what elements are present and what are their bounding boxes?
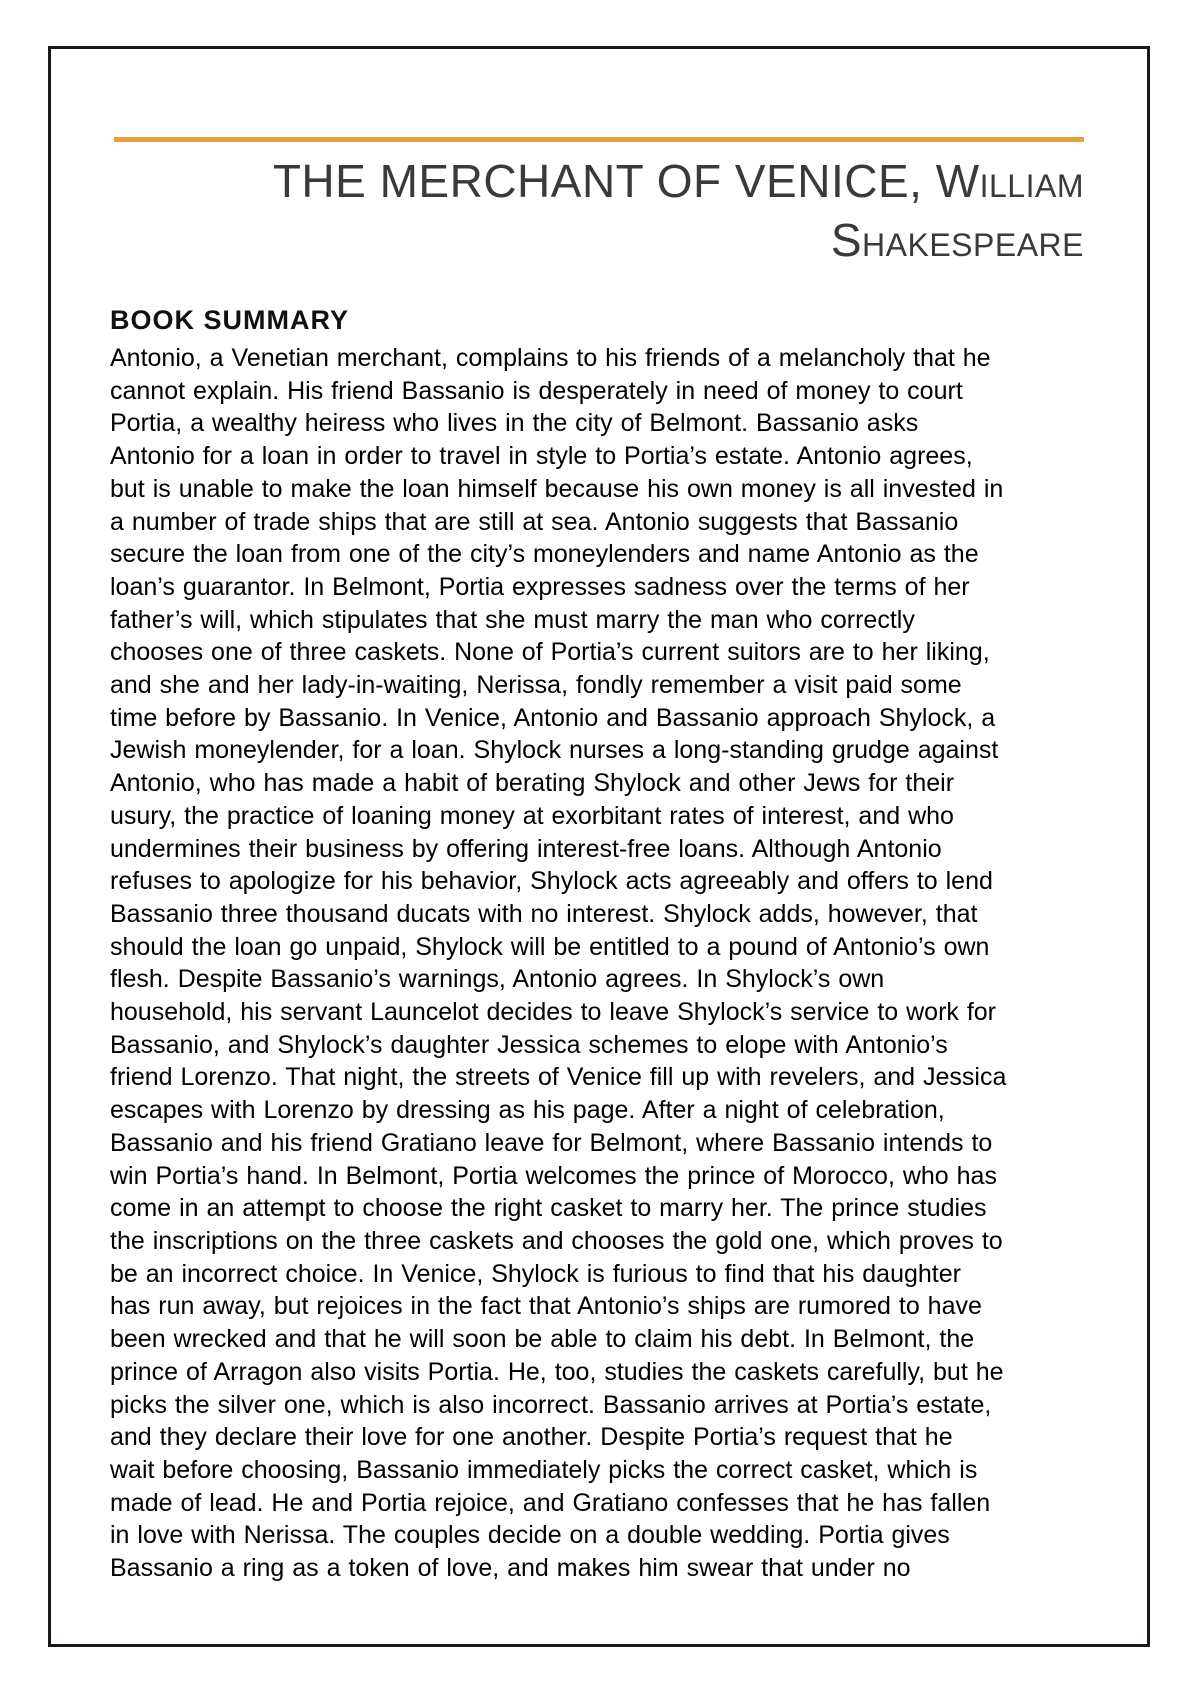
summary-line: wait before choosing, Bassanio immediate…: [110, 1454, 1084, 1487]
summary-line: flesh. Despite Bassanio’s warnings, Anto…: [110, 963, 1084, 996]
summary-line: has run away, but rejoices in the fact t…: [110, 1290, 1084, 1323]
summary-line: come in an attempt to choose the right c…: [110, 1192, 1084, 1225]
summary-line: Portia, a wealthy heiress who lives in t…: [110, 407, 1084, 440]
author-first-name: William: [936, 155, 1084, 207]
summary-line: Antonio for a loan in order to travel in…: [110, 440, 1084, 473]
summary-line: household, his servant Launcelot decides…: [110, 996, 1084, 1029]
summary-paragraph: Antonio, a Venetian merchant, complains …: [110, 342, 1084, 1585]
page-title: THE MERCHANT OF VENICE, William Shakespe…: [110, 152, 1084, 270]
summary-line: Bassanio and his friend Gratiano leave f…: [110, 1127, 1084, 1160]
summary-line: picks the silver one, which is also inco…: [110, 1389, 1084, 1422]
summary-line: made of lead. He and Portia rejoice, and…: [110, 1487, 1084, 1520]
summary-line: refuses to apologize for his behavior, S…: [110, 865, 1084, 898]
summary-line: escapes with Lorenzo by dressing as his …: [110, 1094, 1084, 1127]
summary-line: Bassanio a ring as a token of love, and …: [110, 1552, 1084, 1585]
summary-line: the inscriptions on the three caskets an…: [110, 1225, 1084, 1258]
summary-line: and she and her lady-in-waiting, Nerissa…: [110, 669, 1084, 702]
summary-line: in love with Nerissa. The couples decide…: [110, 1519, 1084, 1552]
summary-line: should the loan go unpaid, Shylock will …: [110, 931, 1084, 964]
summary-line: secure the loan from one of the city’s m…: [110, 538, 1084, 571]
summary-line: be an incorrect choice. In Venice, Shylo…: [110, 1258, 1084, 1291]
summary-line: Bassanio three thousand ducats with no i…: [110, 898, 1084, 931]
book-summary-heading: BOOK SUMMARY: [110, 306, 1084, 334]
summary-line: prince of Arragon also visits Portia. He…: [110, 1356, 1084, 1389]
summary-line: Jewish moneylender, for a loan. Shylock …: [110, 734, 1084, 767]
summary-line: undermines their business by offering in…: [110, 833, 1084, 866]
summary-line: cannot explain. His friend Bassanio is d…: [110, 375, 1084, 408]
summary-line: time before by Bassanio. In Venice, Anto…: [110, 702, 1084, 735]
summary-line: been wrecked and that he will soon be ab…: [110, 1323, 1084, 1356]
summary-line: but is unable to make the loan himself b…: [110, 473, 1084, 506]
summary-line: friend Lorenzo. That night, the streets …: [110, 1061, 1084, 1094]
summary-line: and they declare their love for one anot…: [110, 1421, 1084, 1454]
book-title-text: THE MERCHANT OF VENICE,: [273, 155, 923, 207]
summary-line: loan’s guarantor. In Belmont, Portia exp…: [110, 571, 1084, 604]
summary-line: a number of trade ships that are still a…: [110, 506, 1084, 539]
document-page: THE MERCHANT OF VENICE, William Shakespe…: [48, 46, 1150, 1647]
summary-line: father’s will, which stipulates that she…: [110, 604, 1084, 637]
summary-line: Bassanio, and Shylock’s daughter Jessica…: [110, 1029, 1084, 1062]
title-accent-rule: [114, 137, 1084, 142]
summary-line: Antonio, a Venetian merchant, complains …: [110, 342, 1084, 375]
summary-line: Antonio, who has made a habit of beratin…: [110, 767, 1084, 800]
summary-line: win Portia’s hand. In Belmont, Portia we…: [110, 1160, 1084, 1193]
summary-line: usury, the practice of loaning money at …: [110, 800, 1084, 833]
summary-line: chooses one of three caskets. None of Po…: [110, 636, 1084, 669]
author-last-name: Shakespeare: [831, 214, 1084, 266]
